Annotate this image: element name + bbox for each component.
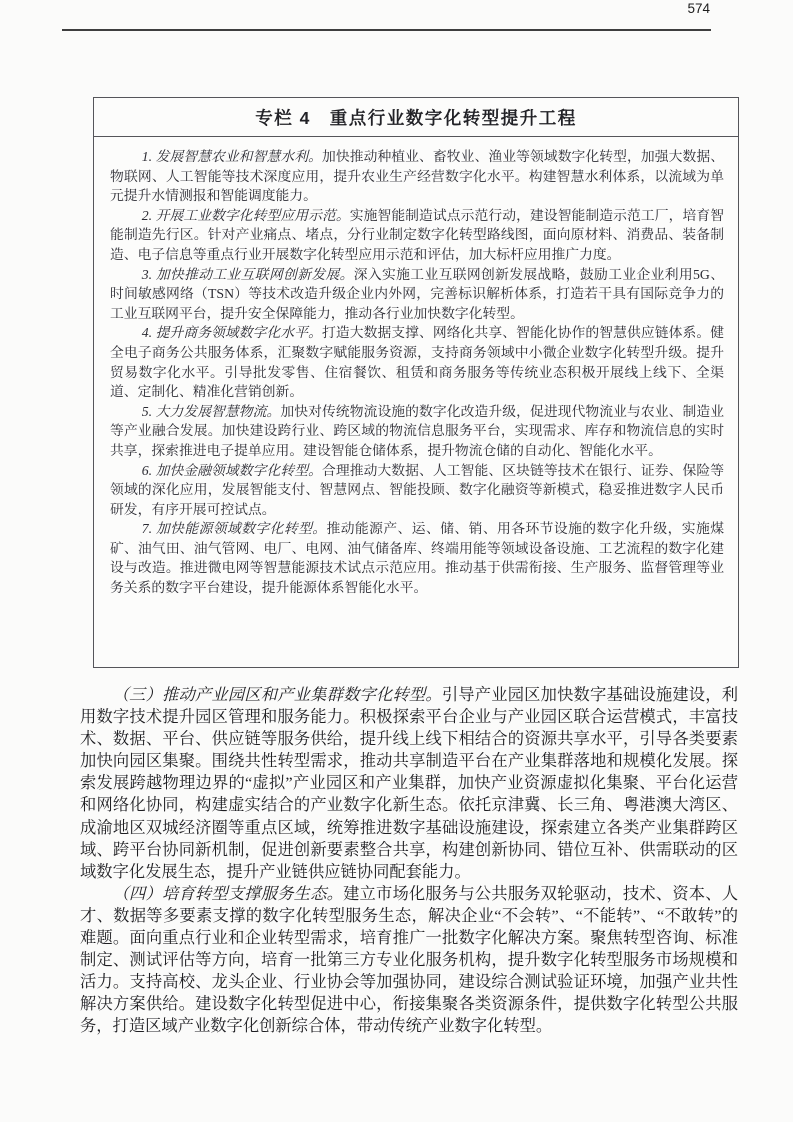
box-item-5-lead: 5. 大力发展智慧物流。 <box>142 404 281 419</box>
box-item-6: 6. 加快金融领域数字化转型。合理推动大数据、人工智能、区块链等技术在银行、证券… <box>110 461 724 520</box>
box-item-5: 5. 大力发展智慧物流。加快对传统物流设施的数字化改造升级，促进现代物流业与农业… <box>110 402 724 461</box>
box-item-6-lead: 6. 加快金融领域数字化转型。 <box>142 463 322 478</box>
paragraph-4: （四）培育转型支撑服务生态。建立市场化服务与公共服务双轮驱动，技术、资本、人才、… <box>80 883 738 1038</box>
paragraph-3-lead: （三）推动产业园区和产业集群数字化转型。 <box>113 685 442 704</box>
paragraph-4-text: 建立市场化服务与公共服务双轮驱动，技术、资本、人才、数据等多要素支撑的数字化转型… <box>80 884 738 1036</box>
column-box-body: 1. 发展智慧农业和智慧水利。加快推动种植业、畜牧业、渔业等领域数字化转型，加强… <box>94 137 738 598</box>
box-item-3-lead: 3. 加快推动工业互联网创新发展。 <box>142 267 354 282</box>
paragraph-4-lead: （四）培育转型支撑服务生态。 <box>113 884 343 903</box>
box-item-2: 2. 开展工业数字化转型应用示范。实施智能制造试点示范行动，建设智能制造示范工厂… <box>110 206 724 265</box>
box-item-2-lead: 2. 开展工业数字化转型应用示范。 <box>142 208 350 223</box>
main-text: （三）推动产业园区和产业集群数字化转型。引导产业园区加快数字基础设施建设，利用数… <box>80 684 738 1038</box>
header-rule <box>62 29 711 31</box>
box-item-4: 4. 提升商务领域数字化水平。打造大数据支撑、网络化共享、智能化协作的智慧供应链… <box>110 323 724 401</box>
paragraph-3-text: 引导产业园区加快数字基础设施建设，利用数字技术提升园区管理和服务能力。积极探索平… <box>80 685 738 881</box>
box-item-1: 1. 发展智慧农业和智慧水利。加快推动种植业、畜牧业、渔业等领域数字化转型，加强… <box>110 147 724 206</box>
box-item-3: 3. 加快推动工业互联网创新发展。深入实施工业互联网创新发展战略，鼓励工业企业利… <box>110 265 724 324</box>
page-number: 574 <box>687 1 710 16</box>
column-box-title: 专栏 4 重点行业数字化转型提升工程 <box>94 98 738 137</box>
document-page: 574 专栏 4 重点行业数字化转型提升工程 1. 发展智慧农业和智慧水利。加快… <box>0 0 793 1122</box>
column-box: 专栏 4 重点行业数字化转型提升工程 1. 发展智慧农业和智慧水利。加快推动种植… <box>93 97 739 668</box>
box-item-4-lead: 4. 提升商务领域数字化水平。 <box>142 325 322 340</box>
paragraph-3: （三）推动产业园区和产业集群数字化转型。引导产业园区加快数字基础设施建设，利用数… <box>80 684 738 883</box>
box-item-7: 7. 加快能源领域数字化转型。推动能源产、运、储、销、用各环节设施的数字化升级，… <box>110 519 724 597</box>
box-item-1-lead: 1. 发展智慧农业和智慧水利。 <box>142 149 322 164</box>
box-item-7-lead: 7. 加快能源领域数字化转型。 <box>142 521 327 536</box>
